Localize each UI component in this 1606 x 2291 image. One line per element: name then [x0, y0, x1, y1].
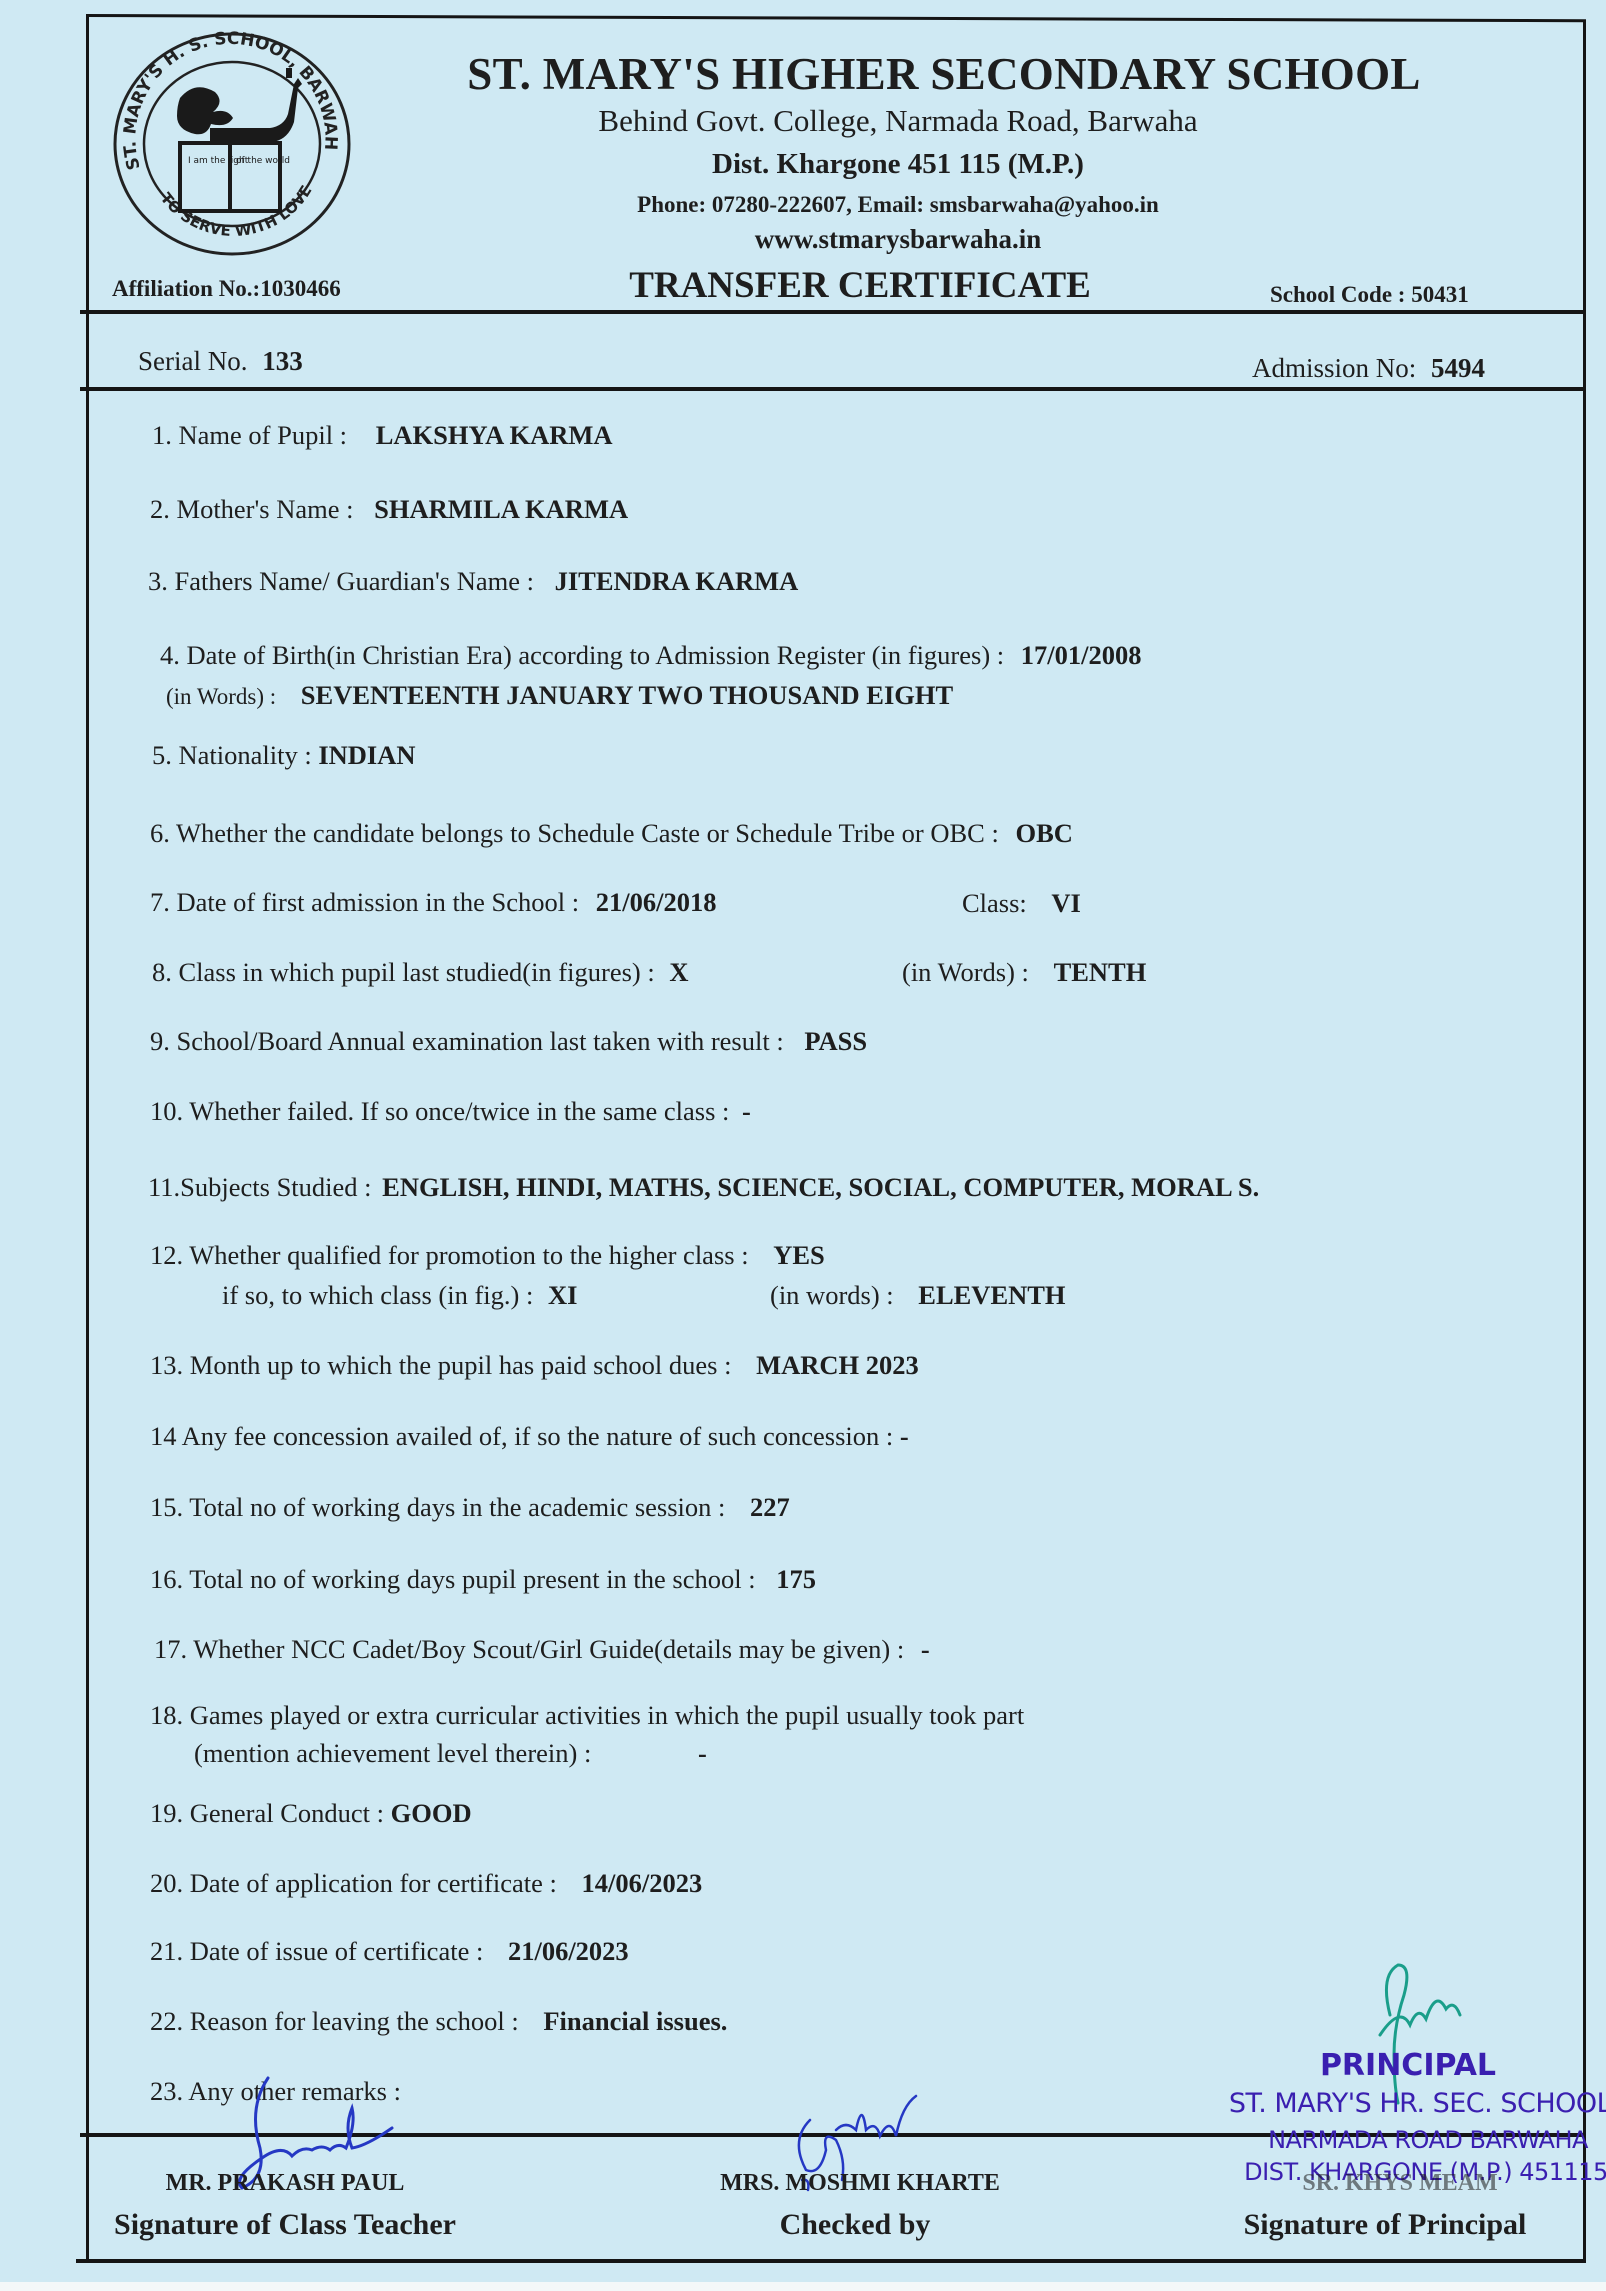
field-dob-words: (in Words) : SEVENTEENTH JANUARY TWO THO… — [166, 680, 953, 711]
field-label: 11.Subjects Studied : — [148, 1172, 372, 1202]
field-label: if so, to which class (in fig.) : — [222, 1280, 533, 1310]
field-value: ENGLISH, HINDI, MATHS, SCIENCE, SOCIAL, … — [382, 1172, 1259, 1202]
field-promotion-words: (in words) : ELEVENTH — [770, 1280, 1066, 1311]
field-label: 4. Date of Birth(in Christian Era) accor… — [160, 640, 1004, 670]
field-label: 7. Date of first admission in the School… — [150, 887, 579, 917]
admission-label: Admission No: — [1252, 353, 1416, 383]
field-value: X — [669, 957, 688, 987]
field-value: 21/06/2023 — [508, 1936, 629, 1966]
school-code: School Code : 50431 — [1270, 282, 1469, 308]
school-name: ST. MARY'S HIGHER SECONDARY SCHOOL — [467, 48, 1420, 100]
field-value: 17/01/2008 — [1021, 640, 1142, 670]
field-games-achievement: (mention achievement level therein) : - — [194, 1738, 707, 1769]
field-first-admission: 7. Date of first admission in the School… — [150, 887, 716, 918]
principal-role: Signature of Principal — [1244, 2208, 1527, 2242]
field-label: (mention achievement level therein) : — [194, 1738, 591, 1768]
affiliation-number: Affiliation No.:1030466 — [112, 276, 341, 302]
field-application-date: 20. Date of application for certificate … — [150, 1868, 702, 1899]
field-value: 227 — [750, 1492, 790, 1522]
field-label: 10. Whether failed. If so once/twice in … — [150, 1096, 729, 1126]
field-label: 15. Total no of working days in the acad… — [150, 1492, 725, 1522]
document-title: TRANSFER CERTIFICATE — [629, 264, 1091, 307]
field-value: VI — [1051, 888, 1080, 918]
field-value: 21/06/2018 — [596, 887, 717, 917]
field-value: ELEVENTH — [918, 1280, 1065, 1310]
field-value: SEVENTEENTH JANUARY TWO THOUSAND EIGHT — [301, 680, 953, 710]
admission-value: 5494 — [1431, 353, 1485, 383]
field-value: GOOD — [391, 1798, 472, 1828]
serial-number: Serial No. 133 — [138, 346, 303, 377]
field-label: 19. General Conduct : — [150, 1798, 384, 1828]
border-bottom — [76, 2259, 1586, 2263]
admission-number: Admission No: 5494 — [1252, 353, 1485, 384]
field-label: 17. Whether NCC Cadet/Boy Scout/Girl Gui… — [154, 1634, 904, 1664]
field-label: 21. Date of issue of certificate : — [150, 1936, 483, 1966]
field-label: 13. Month up to which the pupil has paid… — [150, 1350, 731, 1380]
field-fee-concession: 14 Any fee concession availed of, if so … — [150, 1421, 909, 1452]
field-days-present: 16. Total no of working days pupil prese… — [150, 1564, 816, 1595]
field-reason-leaving: 22. Reason for leaving the school : Fina… — [150, 2006, 727, 2037]
stamp-principal: PRINCIPAL — [1320, 2048, 1496, 2083]
field-last-class-words: (in Words) : TENTH — [902, 957, 1146, 988]
school-address: Behind Govt. College, Narmada Road, Barw… — [598, 103, 1197, 139]
field-label: 1. Name of Pupil : — [152, 420, 347, 450]
field-value: - — [698, 1738, 707, 1768]
class-teacher-name: MR. PRAKASH PAUL — [166, 2170, 405, 2197]
book-right-text: of the world — [236, 156, 290, 166]
field-conduct: 19. General Conduct : GOOD — [150, 1798, 472, 1829]
field-label: 12. Whether qualified for promotion to t… — [150, 1240, 749, 1270]
lamp-bird-icon — [177, 68, 302, 142]
checked-by-name: MRS. MOSHMI KHARTE — [720, 2170, 1000, 2197]
field-value: MARCH 2023 — [756, 1350, 919, 1380]
field-pupil-name: 1. Name of Pupil : LAKSHYA KARMA — [152, 420, 613, 451]
field-value: PASS — [804, 1026, 867, 1056]
field-value: - — [921, 1634, 930, 1664]
scan-edge — [0, 2282, 1606, 2291]
field-failed: 10. Whether failed. If so once/twice in … — [150, 1096, 751, 1127]
stamp-school: ST. MARY'S HR. SEC. SCHOOL — [1229, 2088, 1606, 2119]
field-value: XI — [548, 1280, 577, 1310]
field-value: 14/06/2023 — [582, 1868, 703, 1898]
field-games: 18. Games played or extra curricular act… — [150, 1700, 1024, 1731]
book-icon: I am the light of the world — [180, 143, 290, 211]
field-value: JITENDRA KARMA — [555, 566, 799, 596]
field-mother-name: 2. Mother's Name : SHARMILA KARMA — [150, 494, 628, 525]
field-label: 16. Total no of working days pupil prese… — [150, 1564, 756, 1594]
serial-divider — [80, 387, 1586, 391]
stamp-address: NARMADA ROAD BARWAHA — [1268, 2126, 1588, 2154]
field-promotion: 12. Whether qualified for promotion to t… — [150, 1240, 825, 1271]
field-label: (in words) : — [770, 1280, 894, 1310]
field-issue-date: 21. Date of issue of certificate : 21/06… — [150, 1936, 629, 1967]
field-value: YES — [773, 1240, 825, 1270]
border-top — [86, 14, 1586, 22]
field-label: Class: — [962, 888, 1027, 918]
field-promotion-class: if so, to which class (in fig.) : XI — [222, 1280, 577, 1311]
field-last-class: 8. Class in which pupil last studied(in … — [152, 957, 688, 988]
field-value: 175 — [776, 1564, 816, 1594]
serial-value: 133 — [262, 346, 303, 376]
field-value: Financial issues. — [543, 2006, 727, 2036]
field-label: 6. Whether the candidate belongs to Sche… — [150, 818, 999, 848]
field-label: 20. Date of application for certificate … — [150, 1868, 557, 1898]
field-label: 2. Mother's Name : — [150, 494, 354, 524]
principal-name: SR. KHYS MEAM — [1302, 2170, 1497, 2197]
class-teacher-role: Signature of Class Teacher — [114, 2208, 456, 2242]
border-right — [1583, 20, 1586, 2260]
school-contact: Phone: 07280-222607, Email: smsbarwaha@y… — [637, 192, 1159, 218]
field-label: 18. Games played or extra curricular act… — [150, 1700, 1024, 1730]
field-subjects: 11.Subjects Studied : ENGLISH, HINDI, MA… — [148, 1172, 1259, 1203]
serial-label: Serial No. — [138, 346, 247, 376]
field-category: 6. Whether the candidate belongs to Sche… — [150, 818, 1073, 849]
field-value: LAKSHYA KARMA — [376, 420, 613, 450]
field-father-name: 3. Fathers Name/ Guardian's Name : JITEN… — [148, 566, 798, 597]
field-label: 14 Any fee concession availed of, if so … — [150, 1421, 893, 1451]
checked-by-role: Checked by — [780, 2208, 931, 2242]
field-admission-class: Class: VI — [962, 888, 1081, 919]
field-nationality: 5. Nationality : INDIAN — [152, 740, 416, 771]
field-label: 5. Nationality : — [152, 740, 312, 770]
field-dues-paid: 13. Month up to which the pupil has paid… — [150, 1350, 919, 1381]
field-exam-result: 9. School/Board Annual examination last … — [150, 1026, 867, 1057]
field-label: 9. School/Board Annual examination last … — [150, 1026, 784, 1056]
field-dob: 4. Date of Birth(in Christian Era) accor… — [160, 640, 1142, 671]
field-label: (in Words) : — [166, 684, 276, 709]
field-label: 22. Reason for leaving the school : — [150, 2006, 519, 2036]
field-label: 3. Fathers Name/ Guardian's Name : — [148, 566, 534, 596]
field-working-days: 15. Total no of working days in the acad… — [150, 1492, 790, 1523]
field-value: TENTH — [1054, 957, 1147, 987]
school-website: www.stmarysbarwaha.in — [755, 224, 1042, 255]
field-value: INDIAN — [318, 740, 415, 770]
field-value: - — [900, 1421, 909, 1451]
border-left — [86, 14, 89, 2262]
field-ncc: 17. Whether NCC Cadet/Boy Scout/Girl Gui… — [154, 1634, 930, 1665]
field-value: SHARMILA KARMA — [374, 494, 628, 524]
field-value: - — [742, 1096, 751, 1126]
school-district: Dist. Khargone 451 115 (M.P.) — [712, 148, 1084, 181]
school-logo: ST. MARY'S H. S. SCHOOL, BARWAHA M.P. TO… — [110, 28, 355, 260]
field-value: OBC — [1015, 818, 1072, 848]
field-label: 8. Class in which pupil last studied(in … — [152, 957, 655, 987]
field-label: (in Words) : — [902, 957, 1029, 987]
header-divider — [80, 310, 1586, 314]
